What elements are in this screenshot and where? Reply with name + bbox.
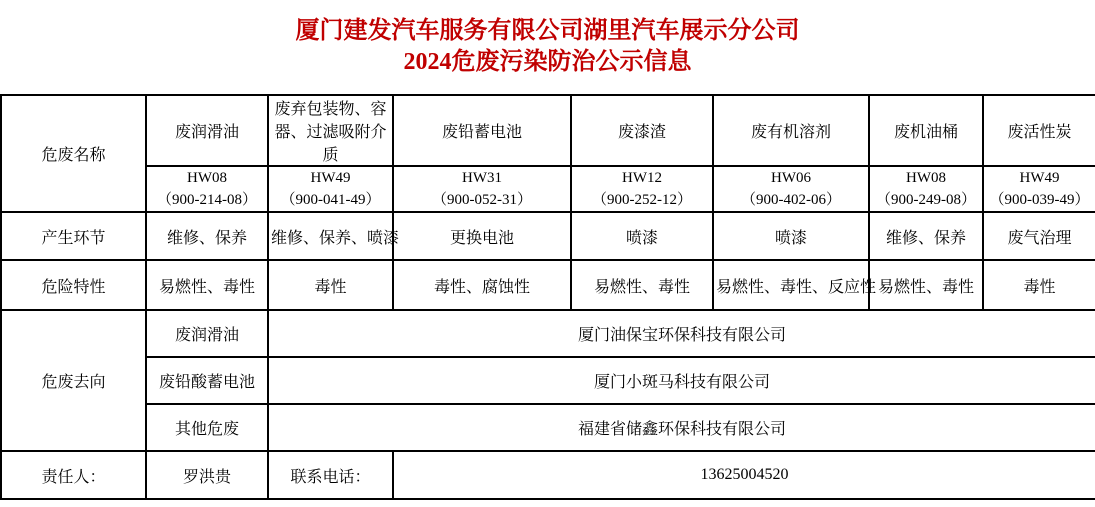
destination-type-cell-0: 废润滑油 (146, 310, 268, 357)
destination-row-1: 废铅酸蓄电池 厦门小斑马科技有限公司 (1, 357, 1095, 404)
disclosure-table: 危废名称 废润滑油 废弃包装物、容器、过滤吸附介质 废铅蓄电池 废漆渣 废有机溶… (0, 94, 1095, 500)
waste-code-detail: （900-041-49） (271, 189, 390, 211)
stage-row: 产生环节 维修、保养 维修、保养、喷漆 更换电池 喷漆 喷漆 维修、保养 废气治… (1, 212, 1095, 260)
destination-type-cell-2: 其他危废 (146, 404, 268, 451)
waste-code-cell-6: HW49（900-039-49） (983, 166, 1095, 212)
waste-name-cell-0: 废润滑油 (146, 95, 268, 166)
waste-code-detail: （900-252-12） (574, 189, 710, 211)
waste-code-row: HW08（900-214-08） HW49（900-041-49） HW31（9… (1, 166, 1095, 212)
destination-company-cell-0: 厦门油保宝环保科技有限公司 (268, 310, 1095, 357)
phone-number: 13625004520 (393, 451, 1095, 499)
waste-code-cell-5: HW08（900-249-08） (869, 166, 983, 212)
page-title-line1: 厦门建发汽车服务有限公司湖里汽车展示分公司 (0, 16, 1095, 47)
page-title-line2: 2024危废污染防治公示信息 (0, 47, 1095, 78)
waste-code-cell-0: HW08（900-214-08） (146, 166, 268, 212)
phone-label: 联系电话： (268, 451, 393, 499)
stage-header: 产生环节 (1, 212, 146, 260)
hazard-cell-2: 毒性、腐蚀性 (393, 260, 571, 310)
footer-row: 责任人： 罗洪贵 联系电话： 13625004520 (1, 451, 1095, 499)
responsible-name: 罗洪贵 (146, 451, 268, 499)
waste-code-detail: （900-039-49） (986, 189, 1093, 211)
waste-code: HW49 (271, 167, 390, 189)
stage-cell-6: 废气治理 (983, 212, 1095, 260)
responsible-label: 责任人： (1, 451, 146, 499)
waste-code: HW31 (396, 167, 568, 189)
page: 厦门建发汽车服务有限公司湖里汽车展示分公司 2024危废污染防治公示信息 危废名… (0, 0, 1095, 507)
waste-code-cell-2: HW31（900-052-31） (393, 166, 571, 212)
waste-code: HW06 (716, 167, 866, 189)
waste-code-detail: （900-052-31） (396, 189, 568, 211)
waste-name-cell-3: 废漆渣 (571, 95, 713, 166)
waste-name-cell-6: 废活性炭 (983, 95, 1095, 166)
stage-cell-1: 维修、保养、喷漆 (268, 212, 393, 260)
waste-code: HW12 (574, 167, 710, 189)
hazard-cell-1: 毒性 (268, 260, 393, 310)
destination-header: 危废去向 (1, 310, 146, 451)
stage-cell-2: 更换电池 (393, 212, 571, 260)
hazard-cell-3: 易燃性、毒性 (571, 260, 713, 310)
waste-name-cell-1: 废弃包装物、容器、过滤吸附介质 (268, 95, 393, 166)
waste-name-cell-2: 废铅蓄电池 (393, 95, 571, 166)
hazard-row: 危险特性 易燃性、毒性 毒性 毒性、腐蚀性 易燃性、毒性 易燃性、毒性、反应性 … (1, 260, 1095, 310)
waste-code: HW08 (872, 167, 980, 189)
waste-code-detail: （900-214-08） (149, 189, 265, 211)
waste-name-header: 危废名称 (1, 95, 146, 212)
hazard-cell-5: 易燃性、毒性 (869, 260, 983, 310)
waste-name-row: 危废名称 废润滑油 废弃包装物、容器、过滤吸附介质 废铅蓄电池 废漆渣 废有机溶… (1, 95, 1095, 166)
hazard-cell-4: 易燃性、毒性、反应性 (713, 260, 869, 310)
destination-row-2: 其他危废 福建省储鑫环保科技有限公司 (1, 404, 1095, 451)
hazard-cell-0: 易燃性、毒性 (146, 260, 268, 310)
waste-code: HW49 (986, 167, 1093, 189)
waste-code-detail: （900-249-08） (872, 189, 980, 211)
page-title: 厦门建发汽车服务有限公司湖里汽车展示分公司 2024危废污染防治公示信息 (0, 0, 1095, 78)
waste-name-cell-5: 废机油桶 (869, 95, 983, 166)
destination-type-cell-1: 废铅酸蓄电池 (146, 357, 268, 404)
destination-row-0: 危废去向 废润滑油 厦门油保宝环保科技有限公司 (1, 310, 1095, 357)
stage-cell-0: 维修、保养 (146, 212, 268, 260)
destination-company-cell-1: 厦门小斑马科技有限公司 (268, 357, 1095, 404)
waste-code-cell-1: HW49（900-041-49） (268, 166, 393, 212)
waste-code-cell-3: HW12（900-252-12） (571, 166, 713, 212)
destination-company-cell-2: 福建省储鑫环保科技有限公司 (268, 404, 1095, 451)
hazard-header: 危险特性 (1, 260, 146, 310)
waste-code-detail: （900-402-06） (716, 189, 866, 211)
waste-code: HW08 (149, 167, 265, 189)
stage-cell-5: 维修、保养 (869, 212, 983, 260)
stage-cell-3: 喷漆 (571, 212, 713, 260)
waste-name-cell-4: 废有机溶剂 (713, 95, 869, 166)
waste-code-cell-4: HW06（900-402-06） (713, 166, 869, 212)
hazard-cell-6: 毒性 (983, 260, 1095, 310)
stage-cell-4: 喷漆 (713, 212, 869, 260)
